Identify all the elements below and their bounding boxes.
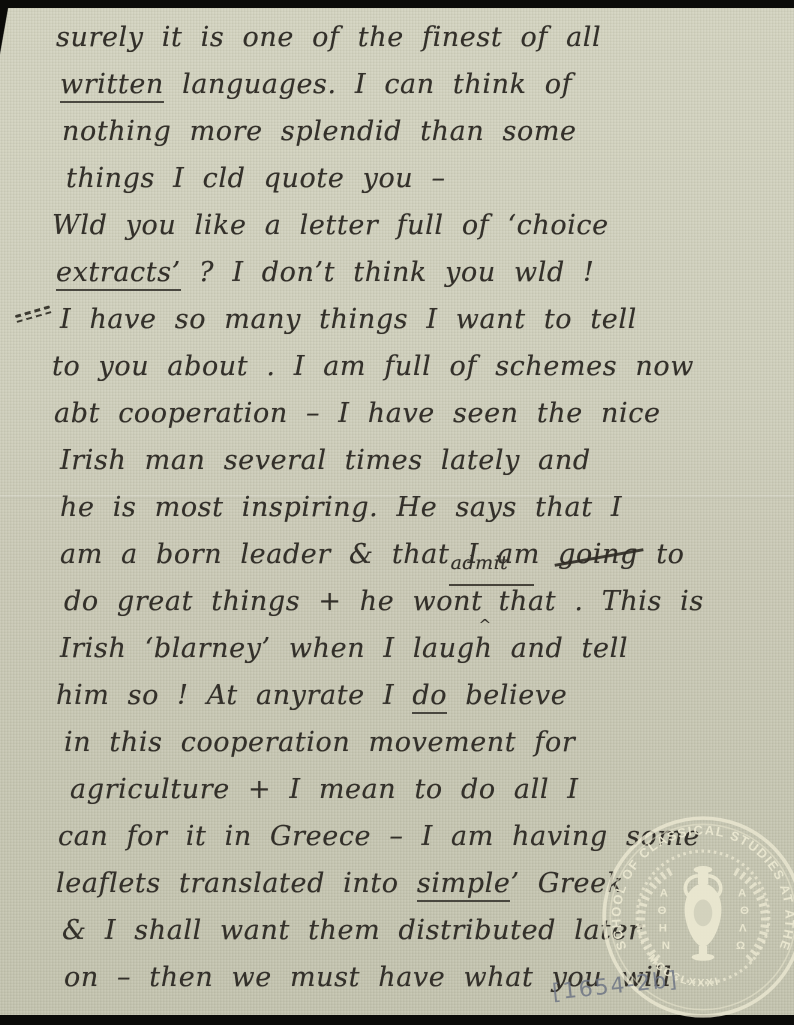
paper-edge-shadow (0, 8, 9, 72)
handwritten-line: Irish man several times lately and (60, 441, 782, 488)
handwritten-line: him so ! At anyrate I do believe (56, 676, 782, 723)
letter-paper: SCHOOL OF CLASSICAL STUDIES AT ATHENS MC… (0, 8, 794, 1015)
text-segment: believe (447, 680, 567, 711)
svg-text:Λ: Λ (739, 922, 747, 934)
underlined-word: written (60, 69, 164, 103)
text-segment: things I cld quote you – (66, 163, 446, 194)
text-segment: agriculture + I mean to do all I (70, 774, 579, 805)
text-segment: to you about . I am full of schemes now (52, 351, 694, 382)
underlined-word: simple (417, 868, 511, 902)
underlined-word: extracts’ (56, 257, 181, 291)
handwritten-line: do great things + he wontadmit^that . Th… (64, 582, 782, 629)
text-segment: to (638, 539, 685, 570)
handwritten-line: he is most inspiring. He says that I (60, 488, 782, 535)
svg-text:Η: Η (659, 922, 667, 934)
svg-text:Ω: Ω (736, 940, 745, 952)
text-segment: abt cooperation – I have seen the nice (54, 398, 661, 429)
handwritten-line: written languages. I can think of (60, 65, 782, 112)
svg-text:Α: Α (738, 887, 746, 899)
letter-scan: SCHOOL OF CLASSICAL STUDIES AT ATHENS MC… (0, 0, 794, 1025)
handwritten-line: agriculture + I mean to do all I (70, 770, 782, 817)
inserted-word: admit (449, 543, 535, 586)
text-segment: languages. I can think of (164, 69, 572, 100)
text-segment: Irish ‘blarney’ when I laugh and tell (60, 633, 628, 664)
text-segment: Irish man several times lately and (60, 445, 591, 476)
text-segment: that . This is (499, 586, 704, 617)
text-segment: Wld you like a letter full of ‘choice (52, 210, 609, 241)
margin-emphasis-mark (15, 305, 53, 328)
handwritten-line: I have so many things I want to tell (60, 300, 782, 347)
handwritten-line: to you about . I am full of schemes now (52, 347, 782, 394)
text-segment: he is most inspiring. He says that I (60, 492, 622, 523)
handwritten-line: extracts’ ? I don’t think you wld ! (56, 253, 782, 300)
text-segment: him so ! At anyrate I (56, 680, 412, 711)
underlined-word: do (412, 680, 447, 714)
svg-text:Α: Α (660, 887, 668, 899)
handwritten-line: abt cooperation – I have seen the nice (54, 394, 782, 441)
inserted-word-above-line: admit^ (483, 583, 499, 610)
handwritten-line: things I cld quote you – (66, 159, 782, 206)
handwritten-line: Wld you like a letter full of ‘choice (52, 206, 782, 253)
text-segment: & I shall want them distributed later (62, 915, 642, 946)
struck-out-word: going (558, 535, 638, 575)
text-segment: surely it is one of the finest of all (56, 22, 601, 53)
handwritten-line: Irish ‘blarney’ when I laugh and tell (60, 629, 782, 676)
handwritten-line: in this cooperation movement for (64, 723, 782, 770)
handwritten-line: nothing more splendid than some (62, 112, 782, 159)
text-segment: I have so many things I want to tell (60, 304, 637, 335)
handwritten-line: am a born leader & that I am going to (60, 535, 782, 582)
seal-amphora-icon (685, 866, 722, 961)
text-segment: in this cooperation movement for (64, 727, 575, 758)
handwritten-line: surely it is one of the finest of all (56, 18, 782, 65)
text-segment: leaflets translated into (56, 868, 417, 899)
svg-text:Θ: Θ (740, 905, 749, 917)
svg-text:Θ: Θ (658, 905, 667, 917)
text-segment: nothing more splendid than some (62, 116, 577, 147)
text-segment: ? I don’t think you wld ! (181, 257, 595, 288)
svg-text:Ν: Ν (662, 940, 670, 952)
text-segment: do great things + he wont (64, 586, 483, 617)
